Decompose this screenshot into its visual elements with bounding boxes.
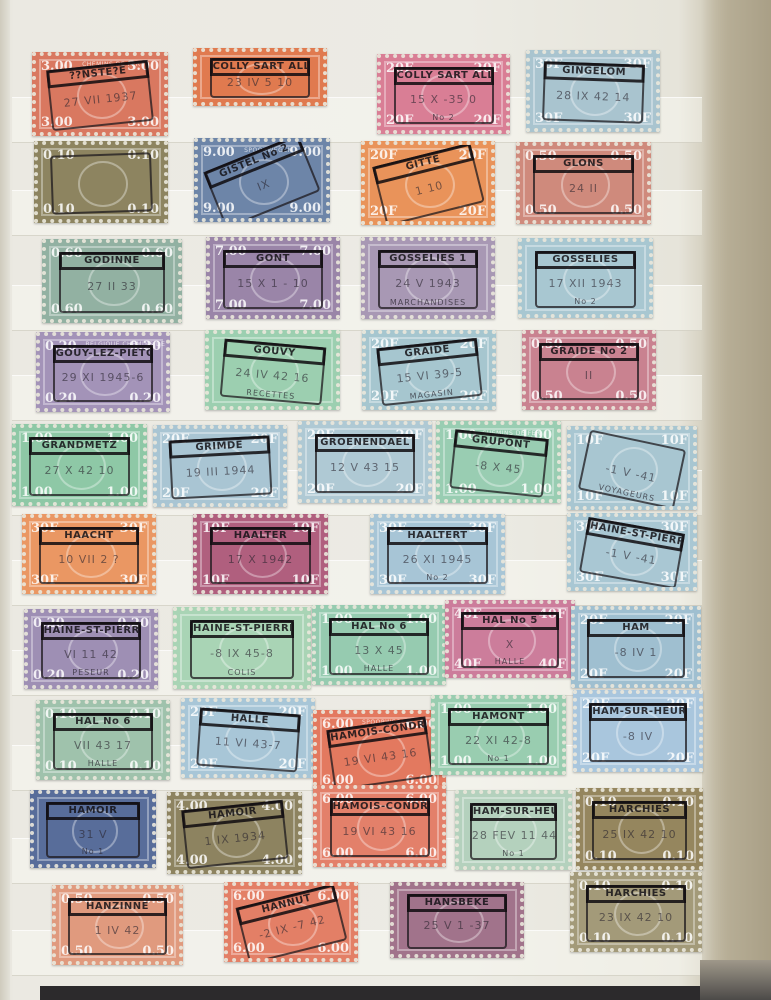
station-postmark: HAALTERT 26 XI 1945 No 2 [387,527,489,585]
postmark-date: VII 43 17 [55,739,152,752]
stamp: 10F 10F 10F 10F HAALTER 17 X 1942 [193,514,328,594]
postmark-date: 15 X -35 0 [396,93,492,106]
postmark-date: 22 XI 42-8 [450,734,548,747]
postmark-subtitle: HALLE [463,657,557,666]
postmark-date: 1 IV 42 [70,924,164,937]
postmark-station-name: HAMOIR [46,802,140,820]
postmark-station-name: GOSSELIES 1 [378,250,479,268]
postmark-date: 11 VI 43-7 [199,733,296,753]
postmark-station-name: HAL No 6 [329,618,430,636]
postmark-station-name: GRAIDE No 2 [539,343,640,361]
postmark-station-name: GODINNE [59,252,165,270]
postmark-date: 25 V 1 -37 [409,919,506,932]
stamp: COLLY SART ALLET 23 IV 5 10 [193,48,327,106]
postmark-station-name: GINGELOM [543,61,644,83]
page-edge [0,0,10,1000]
postmark-station-name: HAL No 6 [53,713,154,731]
station-postmark: ??NSTE?E 27 VII 1937 [46,60,154,131]
stamp: 20F 20F 20F 20F GROENENDAEL 12 V 43 15 [298,421,432,503]
station-postmark: HAINE-ST-PIERRE -8 IX 45-8 COLIS [190,620,294,679]
station-postmark: HAMONT 22 XI 42-8 No 1 [448,708,550,766]
stamp: 20F 20F 20F 20F HALLE 11 VI 43-7 [181,698,315,778]
postmark-date: II [541,369,638,382]
station-postmark: COLLY SART ALLET 15 X -35 0 No 2 [394,67,494,125]
postmark-station-name: COLLY SART ALLET [210,58,311,76]
station-postmark: GODINNE 27 II 33 [59,252,165,313]
postmark-station-name: HANSBEKE [407,894,508,912]
postmark-date: -8 IV [591,730,685,743]
postmark-date: 15 X 1 - 10 [225,277,322,290]
postmark-date: 26 XI 1945 [389,553,487,566]
postmark-subtitle: No 2 [537,297,635,306]
stamp: 20F 20F 20F 20F GITTE 1 10 [361,141,495,225]
postmark-date: 28 FEV 11 44 [472,829,555,842]
postmark-subtitle: HALLE [331,664,428,673]
stamp: 10F 10F 10F 10F -1 V -41 VOYAGEURS [567,426,697,510]
postmark-subtitle: No 1 [472,849,555,858]
postmark-subtitle: MARCHANDISES [380,298,477,307]
stamp-value: 9.00 [289,201,321,216]
stamp: 1.00 1.00 1.00 1.00 HAL No 6 13 X 45 HAL… [312,605,446,685]
postmark-station-name: HANZINNE [68,898,166,916]
postmark-station-name: GRANDMETZ [29,437,131,455]
station-postmark: GRANDMETZ 27 X 42 10 [29,437,131,496]
postmark-station-name: HARCHIES [586,885,685,903]
station-postmark: COLLY SART ALLET 23 IV 5 10 [210,58,311,98]
postmark-date: 27 X 42 10 [31,464,129,477]
stamp: 6.00 6.00 6.00 6.00 HANNUT -2 IX -7 42 [224,882,358,962]
stamp: 0.20 0.20 0.20 0.20 HAINE-ST-PIERRE VI 1… [24,609,158,689]
postmark-subtitle: No 2 [389,573,487,582]
stamp: HAMOIR 31 V No 1 [30,790,156,868]
stamp: 7.00 7.00 7.00 7.00 GONT 15 X 1 - 10 [206,237,340,319]
station-postmark: GOSSELIES 1 24 V 1943 MARCHANDISES [378,250,479,309]
stamp: 20F 20F 20F 20F HAM -8 IV 1 [571,606,701,688]
stamp: GOSSELIES 1 24 V 1943 MARCHANDISES [361,237,495,319]
stamp: SPOORWEGEN 9.00 9.00 9.00 9.00 GISTEL No… [194,138,330,222]
postmark-station-name: HAALTERT [387,527,489,545]
station-postmark: HAACHT 10 VII 2 ? [39,527,140,585]
postmark-subtitle: No 1 [450,754,548,763]
postmark-subtitle: COLIS [192,668,292,677]
postmark-station-name: GOUY-LEZ-PIETON [53,345,154,363]
postmark-date [53,179,150,182]
station-postmark: HAL No 6 13 X 45 HALLE [329,618,430,676]
postmark-station-name: HAL No 5 [461,612,559,630]
postmark-date: 25 IX 42 10 [594,828,685,841]
postmark-date: 15 VI 39-5 [381,364,479,387]
postmark-date: 17 X 1942 [212,553,310,566]
stamp: SPOORWEGEN 6.00 6.00 6.00 6.00 HAMOIS-CO… [313,710,446,794]
stamp: GOUVY 24 IV 42 16 RECETTES [205,330,340,410]
postmark-station-name: GOSSELIES [535,251,637,269]
stamp: 20F 20F 20F 20F GRIMDE 19 III 1944 [153,425,287,507]
station-postmark: HAM-SUR-HEURE -8 IV [589,703,687,762]
postmark-date: 17 XII 1943 [537,277,635,290]
album-page: CHEMINS DE FER 3.00 3.00 3.00 3.00 ??NST… [0,0,771,1000]
postmark-subtitle: HALLE [55,759,152,768]
postmark-date: 29 XI 1945-6 [55,371,152,384]
stamp: 0.60 0.60 0.60 0.60 GODINNE 27 II 33 [42,239,182,323]
station-postmark: GLONS 24 II [533,155,635,214]
station-postmark: GRAIDE No 2 II [539,343,640,401]
stamp: 30F 30F 30F 30F GINGELOM 28 IX 42 14 [526,50,660,132]
station-postmark: HAM -8 IV 1 [587,619,685,678]
station-postmark: GRUPONT -8 X 45 [449,429,548,498]
station-postmark: HAMOIR 1 IX 1934 [181,800,288,869]
stamp: 30F 30F 30F 30F HAALTERT 26 XI 1945 No 2 [370,514,505,594]
postmark-date: -8 IX 45-8 [192,647,292,660]
stamp: 20F 20F 20F 20F COLLY SART ALLET 15 X -3… [377,54,510,134]
postmark-date: 19 VI 43 16 [332,744,429,770]
postmark-date: 10 VII 2 ? [41,553,138,566]
postmark-date: 31 V [48,828,138,841]
stamp: 30F 30F 30F 30F HAACHT 10 VII 2 ? [22,514,156,594]
stamp: 0.50 0.50 0.50 0.50 GLONS 24 II [516,142,651,224]
station-postmark: GROENENDAEL 12 V 43 15 [315,434,416,493]
postmark-station-name: HAMONT [448,708,550,726]
postmark-station-name: HAM [587,619,685,637]
stamp: 1.00 1.00 1.00 1.00 HAMONT 22 XI 42-8 No… [431,695,566,775]
postmark-station-name: HAALTER [210,527,312,545]
station-postmark: HAM-SUR-HEURE 28 FEV 11 44 No 1 [470,803,557,861]
postmark-subtitle: No 1 [48,847,138,856]
stamp: CHEMINS DE FER 1.00 1.00 1.00 1.00 GRUPO… [436,421,561,503]
stamp: BELGIQUE CHEMINS DE FER 0.20 0.20 0.20 0… [36,332,170,412]
station-postmark: HAINE-ST-PIERRE VI 11 42 PESEUR [41,622,142,680]
stamp: 0.50 0.50 0.50 0.50 GRAIDE No 2 II [522,330,656,410]
postmark-station-name: GLONS [533,155,635,173]
postmark-station-name: GONT [223,250,324,268]
postmark-station-name: HAINE-ST-PIERRE [190,620,294,638]
album-cover-edge [40,986,720,1000]
postmark-date: 23 IV 5 10 [212,76,309,89]
station-postmark: GOSSELIES 17 XII 1943 No 2 [535,251,637,309]
postmark-station-name: COLLY SART ALLET [394,67,494,85]
station-postmark: HAMOIR 31 V No 1 [46,802,140,858]
postmark-station-name: HAMOIS-CONDROZ [330,798,430,816]
stamp: 30F 30F 30F 30F HAINE-ST-PIERRE -1 V -41 [567,513,697,591]
shadow [700,960,771,1000]
station-postmark: HALLE 11 VI 43-7 [196,707,301,771]
stamp: 20F 20F 20F 20F GRAIDE 15 VI 39-5 MAGASI… [362,330,496,410]
postmark-date: -8 X 45 [453,456,543,478]
postmark-date: X [463,638,557,651]
postmark-station-name: HAINE-ST-PIERRE [41,622,142,640]
station-postmark: GOUVY 24 IV 42 16 RECETTES [219,338,325,404]
stamp: 40F 40F 40F 40F HAL No 5 X HALLE [445,600,575,678]
station-postmark: GINGELOM 28 IX 42 14 [542,61,645,124]
postmark-date: 24 II [535,182,633,195]
stamp: 0.10 0.10 0.10 0.10 HARCHIES 25 IX 42 10 [576,788,703,870]
postmark-date: 23 IX 42 10 [588,911,683,924]
postmark-date: 13 X 45 [331,644,428,657]
stamp: CHEMINS DE FER 3.00 3.00 3.00 3.00 ??NST… [32,52,168,136]
postmark-date: 27 VII 1937 [51,88,150,111]
station-postmark: HAMOIS-CONDROZ 19 VI 43 16 [330,798,430,857]
station-postmark: HAL No 5 X HALLE [461,612,559,668]
postmark-date: 1 IX 1934 [186,827,284,850]
postmark-date: 28 IX 42 14 [544,88,641,104]
stamp: GOSSELIES 17 XII 1943 No 2 [518,238,653,318]
postmark-date: 24 IV 42 16 [223,364,321,385]
station-postmark [50,152,153,215]
postmark-date: 12 V 43 15 [317,461,414,474]
station-postmark: HANZINNE 1 IV 42 [68,898,166,956]
postmark-station-name: HARCHIES [592,801,687,819]
station-postmark: GONT 15 X 1 - 10 [223,250,324,309]
station-postmark: HAL No 6 VII 43 17 HALLE [53,713,154,771]
postmark-station-name: HAACHT [39,527,140,545]
stamp: 0.10 0.10 0.10 0.10 [34,141,168,223]
postmark-subtitle: PESEUR [43,668,140,677]
stamp-value: 9.00 [203,145,235,160]
postmark-date: -8 IV 1 [589,646,683,659]
postmark-subtitle: No 2 [396,113,492,122]
stamp: HANSBEKE 25 V 1 -37 [390,882,524,958]
postmark-date: VI 11 42 [43,648,140,661]
stamp: 20F 20F 20F 20F HAM-SUR-HEURE -8 IV [573,690,703,772]
stamp: 6.00 6.00 6.00 6.00 HAMOIS-CONDROZ 19 VI… [313,785,446,867]
stamp: 4.00 4.00 4.00 4.00 HAMOIR 1 IX 1934 [167,792,302,874]
station-postmark: GRAIDE 15 VI 39-5 MAGASIN [376,338,482,406]
stamp: 1.00 1.00 1.00 1.00 GRANDMETZ 27 X 42 10 [12,424,147,506]
stamp: HAINE-ST-PIERRE -8 IX 45-8 COLIS [173,607,311,689]
postmark-station-name: HAM-SUR-HEURE [589,703,687,721]
stamp: 0.10 0.10 0.10 0.10 HARCHIES 23 IX 42 10 [570,872,702,952]
station-postmark: HAALTER 17 X 1942 [210,527,312,585]
postmark-station-name: HAM-SUR-HEURE [470,803,557,821]
album-spine [701,0,771,1000]
postmark-station-name: GROENENDAEL [315,434,416,452]
station-postmark: HARCHIES 23 IX 42 10 [586,885,685,943]
stamp: 0.50 0.50 0.50 0.50 HANZINNE 1 IV 42 [52,885,183,965]
station-postmark: GRIMDE 19 III 1944 [168,435,272,499]
stamp: 0.10 0.10 0.10 0.10 HAL No 6 VII 43 17 H… [36,700,170,780]
postmark-date: 19 III 1944 [172,462,269,480]
stamp: HAM-SUR-HEURE 28 FEV 11 44 No 1 [455,790,572,870]
postmark-date: 19 VI 43 16 [332,825,428,838]
station-postmark: GOUY-LEZ-PIETON 29 XI 1945-6 [53,345,154,403]
postmark-date: 24 V 1943 [380,277,477,290]
station-postmark: HARCHIES 25 IX 42 10 [592,801,687,860]
postmark-date: 27 II 33 [61,280,163,293]
station-postmark: HANSBEKE 25 V 1 -37 [407,894,508,948]
